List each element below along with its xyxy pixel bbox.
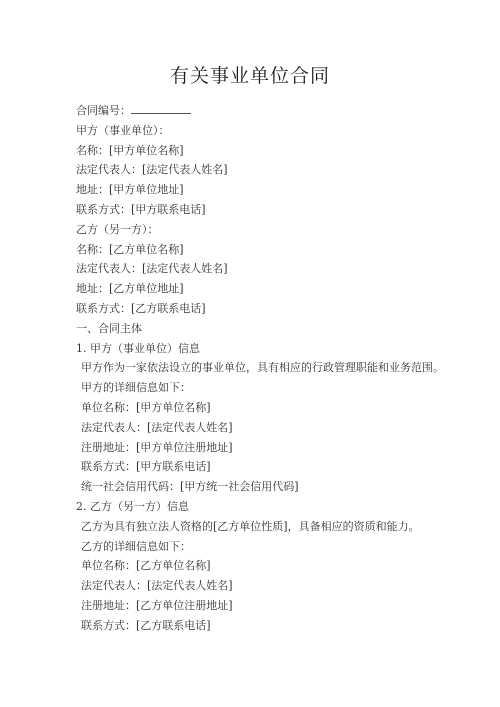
party-b-detail-address: 注册地址：[乙方单位注册地址]	[76, 596, 476, 616]
party-a-details-intro: 甲方的详细信息如下：	[76, 378, 476, 398]
party-b-detail-name: 单位名称：[乙方单位名称]	[76, 556, 476, 576]
party-b-legal-rep: 法定代表人：[法定代表人姓名]	[76, 259, 476, 279]
party-b-address: 地址：[乙方单位地址]	[76, 279, 476, 299]
party-b-detail-legal-rep: 法定代表人：[法定代表人姓名]	[76, 576, 476, 596]
party-a-detail-name: 单位名称：[甲方单位名称]	[76, 398, 476, 418]
party-a-detail-contact: 联系方式：[甲方联系电话]	[76, 457, 476, 477]
document-title: 有关事业单位合同	[0, 61, 500, 88]
contract-number-blank	[131, 102, 191, 114]
document-page: 有关事业单位合同 合同编号： 甲方（事业单位）： 名称：[甲方单位名称] 法定代…	[0, 0, 500, 707]
party-b-description: 乙方为具有独立法人资格的[乙方单位性质]，具备相应的资质和能力。	[76, 517, 476, 537]
party-a-detail-address: 注册地址：[甲方单位注册地址]	[76, 438, 476, 458]
section-1-heading: 一、合同主体	[76, 319, 476, 339]
party-b-details-intro: 乙方的详细信息如下：	[76, 537, 476, 557]
contract-number-line: 合同编号：	[76, 101, 476, 121]
subsection-2-heading: 2. 乙方（另一方）信息	[76, 497, 476, 517]
party-b-name: 名称：[乙方单位名称]	[76, 240, 476, 260]
party-a-description: 甲方作为一家依法设立的事业单位，具有相应的行政管理职能和业务范围。	[76, 358, 476, 378]
party-a-address: 地址：[甲方单位地址]	[76, 180, 476, 200]
party-b-heading: 乙方（另一方）：	[76, 220, 476, 240]
contract-number-label: 合同编号：	[76, 104, 131, 117]
party-a-heading: 甲方（事业单位）：	[76, 121, 476, 141]
party-a-name: 名称：[甲方单位名称]	[76, 141, 476, 161]
subsection-1-heading: 1. 甲方（事业单位）信息	[76, 339, 476, 359]
party-b-detail-contact: 联系方式：[乙方联系电话]	[76, 616, 476, 636]
party-a-legal-rep: 法定代表人：[法定代表人姓名]	[76, 160, 476, 180]
party-b-contact: 联系方式：[乙方联系电话]	[76, 299, 476, 319]
document-body: 合同编号： 甲方（事业单位）： 名称：[甲方单位名称] 法定代表人：[法定代表人…	[76, 101, 476, 636]
party-a-contact: 联系方式：[甲方联系电话]	[76, 200, 476, 220]
party-a-detail-credit-code: 统一社会信用代码：[甲方统一社会信用代码]	[76, 477, 476, 497]
party-a-detail-legal-rep: 法定代表人：[法定代表人姓名]	[76, 418, 476, 438]
